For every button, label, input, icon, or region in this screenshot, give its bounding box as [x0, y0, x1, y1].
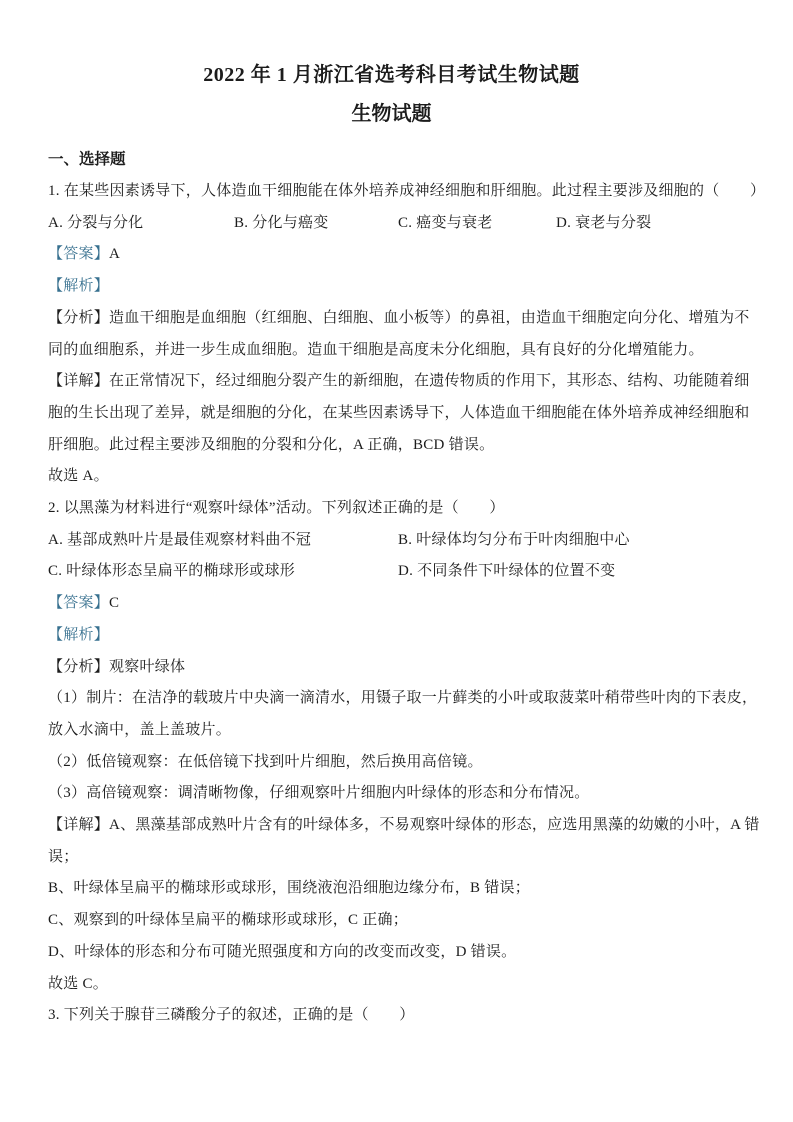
section-heading-choice-questions: 一、选择题	[48, 149, 735, 171]
question-1-option-a: A. 分裂与分化	[48, 208, 234, 240]
question-2-option-d: D. 不同条件下叶绿体的位置不变	[398, 556, 735, 588]
question-2-explain-line: C、观察到的叶绿体呈扁平的椭球形或球形，C 正确；	[48, 905, 735, 937]
answer-label: 【答案】	[48, 246, 109, 262]
analysis-label: 【解析】	[48, 620, 735, 652]
question-1-option-b: B. 分化与癌变	[234, 208, 398, 240]
analysis-label: 【解析】	[48, 271, 735, 303]
document-subtitle: 生物试题	[48, 101, 735, 127]
question-2-explain-line: 放入水滴中，盖上盖玻片。	[48, 715, 735, 747]
question-1-answer-line: 【答案】A	[48, 239, 735, 271]
question-1-stem: 1. 在某些因素诱导下，人体造血干细胞能在体外培养成神经细胞和肝细胞。此过程主要…	[48, 176, 735, 208]
question-1-conclusion: 故选 A。	[48, 461, 735, 493]
question-2-options-row-2: C. 叶绿体形态呈扁平的椭球形或球形 D. 不同条件下叶绿体的位置不变	[48, 556, 735, 588]
question-2-explain-line: 【详解】A、黑藻基部成熟叶片含有的叶绿体多，不易观察叶绿体的形态，应选用黑藻的幼…	[48, 810, 735, 842]
question-1-option-c: C. 癌变与衰老	[398, 208, 556, 240]
question-2-option-c: C. 叶绿体形态呈扁平的椭球形或球形	[48, 556, 398, 588]
question-2-option-b: B. 叶绿体均匀分布于叶肉细胞中心	[398, 525, 735, 557]
question-2-explain-line: 误；	[48, 842, 735, 874]
document-body: 1. 在某些因素诱导下，人体造血干细胞能在体外培养成神经细胞和肝细胞。此过程主要…	[48, 176, 735, 1032]
question-2-explain-line: （3）高倍镜观察：调清晰物像，仔细观察叶片细胞内叶绿体的形态和分布情况。	[48, 778, 735, 810]
question-2-stem: 2. 以黑藻为材料进行“观察叶绿体”活动。下列叙述正确的是（ ）	[48, 493, 735, 525]
question-1-explain-line: 胞的生长出现了差异，就是细胞的分化，在某些因素诱导下，人体造血干细胞能在体外培养…	[48, 398, 735, 430]
answer-value: A	[109, 246, 120, 262]
question-1-explain-line: 肝细胞。此过程主要涉及细胞的分裂和分化，A 正确，BCD 错误。	[48, 430, 735, 462]
question-2-option-a: A. 基部成熟叶片是最佳观察材料曲不冠	[48, 525, 398, 557]
question-2-explain-line: （1）制片：在洁净的载玻片中央滴一滴清水，用镊子取一片藓类的小叶或取菠菜叶稍带些…	[48, 683, 735, 715]
answer-value: C	[109, 595, 119, 611]
answer-label: 【答案】	[48, 595, 109, 611]
question-2-explain-line: B、叶绿体呈扁平的椭球形或球形，围绕液泡沿细胞边缘分布，B 错误；	[48, 873, 735, 905]
document-title: 2022 年 1 月浙江省选考科目考试生物试题	[48, 62, 735, 88]
question-3-stem: 3. 下列关于腺苷三磷酸分子的叙述，正确的是（ ）	[48, 1000, 735, 1032]
question-2-options-row-1: A. 基部成熟叶片是最佳观察材料曲不冠 B. 叶绿体均匀分布于叶肉细胞中心	[48, 525, 735, 557]
question-2-explain-line: D、叶绿体的形态和分布可随光照强度和方向的改变而改变，D 错误。	[48, 937, 735, 969]
question-2-explain-line: 【分析】观察叶绿体	[48, 652, 735, 684]
question-1-explain-line: 同的血细胞系，并进一步生成血细胞。造血干细胞是高度未分化细胞，具有良好的分化增殖…	[48, 335, 735, 367]
question-2-conclusion: 故选 C。	[48, 969, 735, 1001]
question-1-explain-line: 【详解】在正常情况下，经过细胞分裂产生的新细胞，在遗传物质的作用下，其形态、结构…	[48, 366, 735, 398]
question-2-answer-line: 【答案】C	[48, 588, 735, 620]
question-1-option-d: D. 衰老与分裂	[556, 208, 735, 240]
question-2-explain-line: （2）低倍镜观察：在低倍镜下找到叶片细胞，然后换用高倍镜。	[48, 747, 735, 779]
exam-document-page: 2022 年 1 月浙江省选考科目考试生物试题 生物试题 一、选择题 1. 在某…	[0, 0, 793, 1122]
question-1-options: A. 分裂与分化 B. 分化与癌变 C. 癌变与衰老 D. 衰老与分裂	[48, 208, 735, 240]
question-1-explain-line: 【分析】造血干细胞是血细胞（红细胞、白细胞、血小板等）的鼻祖，由造血干细胞定向分…	[48, 303, 735, 335]
